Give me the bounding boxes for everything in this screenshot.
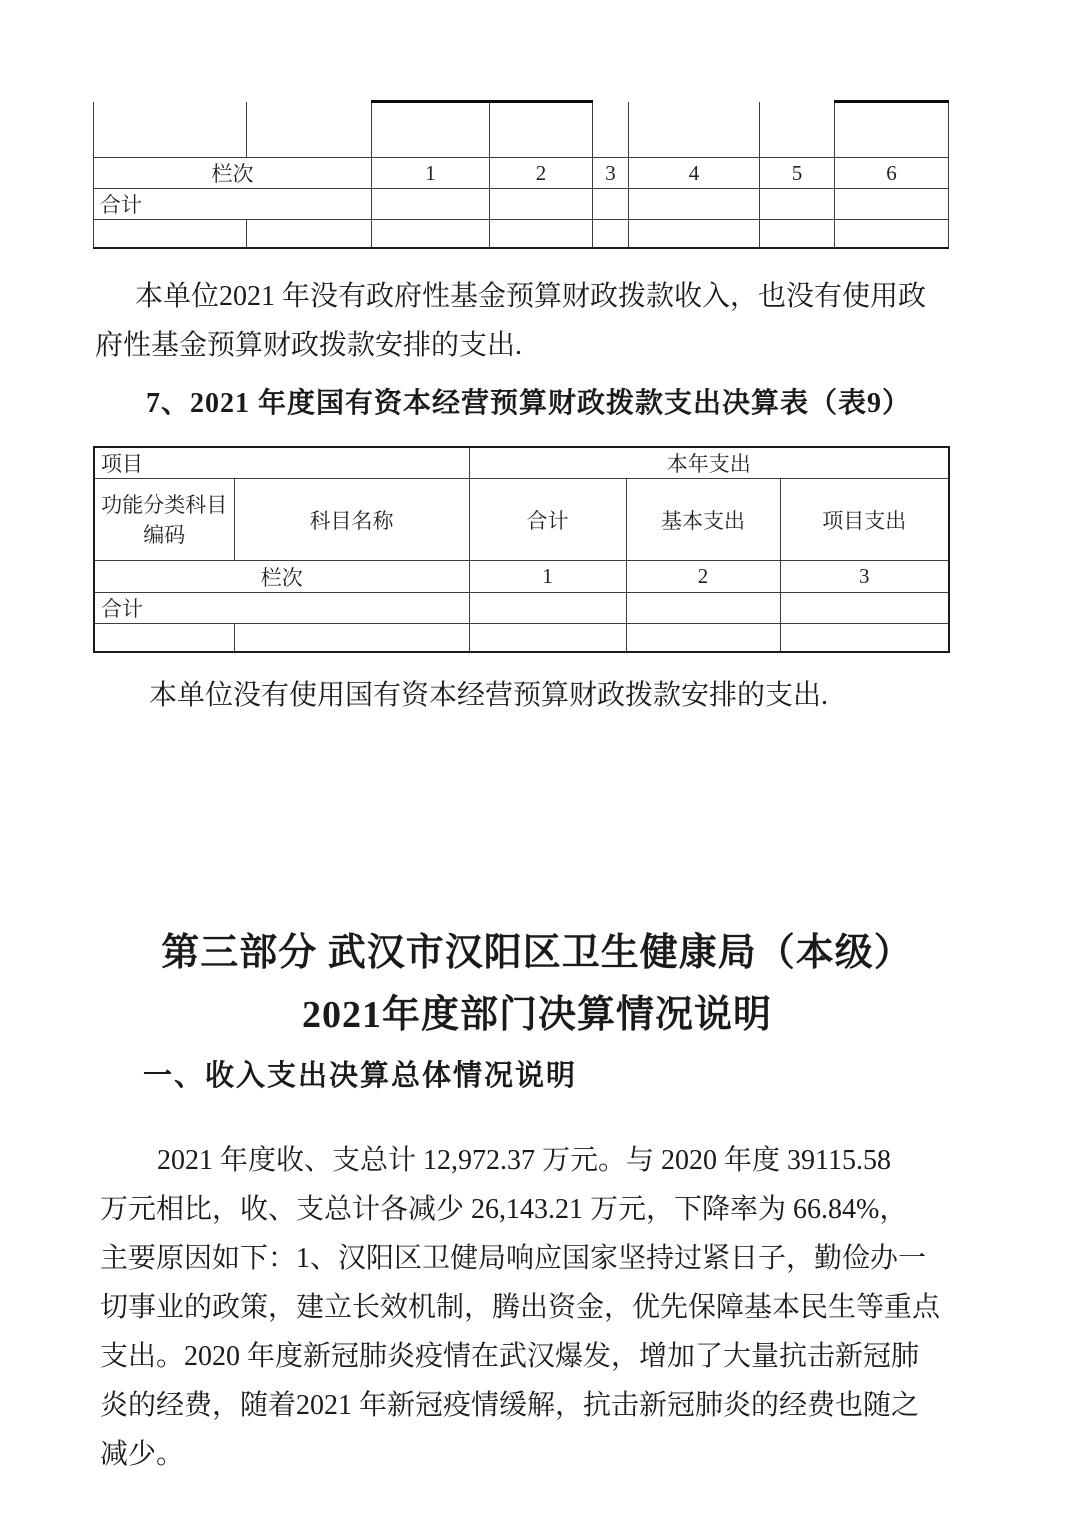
empty-cell: [593, 102, 629, 158]
table-row-subheader: 功能分类科目编码 科目名称 合计 基本支出 项目支出: [94, 479, 949, 561]
empty-cell: [835, 220, 949, 248]
paragraph-line: 减少。: [100, 1430, 940, 1479]
lanci-label: 栏次: [94, 158, 372, 189]
empty-cell: [626, 624, 780, 652]
empty-cell: [94, 220, 247, 248]
table-row-lanci: 栏次 1 2 3: [94, 561, 949, 593]
year-expense-header: 本年支出: [469, 447, 949, 479]
table-row-total: 合计: [94, 189, 949, 220]
continued-table: 栏次 1 2 3 4 5 6 合计: [93, 100, 949, 249]
table-row-empty: [94, 220, 949, 248]
empty-cell: [593, 189, 629, 220]
column-number: 1: [469, 561, 626, 593]
column-number: 3: [780, 561, 949, 593]
table-row-partial: [94, 102, 949, 158]
empty-cell: [629, 189, 760, 220]
document-page: 栏次 1 2 3 4 5 6 合计 本单位: [0, 0, 1074, 1518]
empty-cell: [94, 102, 247, 158]
paragraph-line: 2021 年度收、支总计 12,972.37 万元。与 2020 年度 3911…: [100, 1136, 940, 1185]
empty-cell: [780, 593, 949, 624]
empty-cell: [835, 102, 949, 158]
column-number: 2: [490, 158, 593, 189]
table-row-header: 项目 本年支出: [94, 447, 949, 479]
heji-label: 合计: [94, 189, 372, 220]
empty-cell: [760, 189, 835, 220]
overview-paragraph: 2021 年度收、支总计 12,972.37 万元。与 2020 年度 3911…: [100, 1136, 940, 1479]
paragraph-line: 支出。2020 年度新冠肺炎疫情在武汉爆发，增加了大量抗击新冠肺: [100, 1332, 940, 1381]
column-number: 1: [372, 158, 490, 189]
empty-cell: [247, 102, 372, 158]
lanci-label: 栏次: [94, 561, 469, 593]
table-row-total: 合计: [94, 593, 949, 624]
table-row-empty: [94, 624, 949, 652]
empty-cell: [490, 220, 593, 248]
empty-cell: [372, 220, 490, 248]
table9-heading: 7、2021 年度国有资本经营预算财政拨款支出决算表（表9）: [146, 384, 911, 424]
section-title: 第三部分 武汉市汉阳区卫生健康局（本级） 2021年度部门决算情况说明: [0, 922, 1074, 1046]
column-number: 5: [760, 158, 835, 189]
section-title-line2: 2021年度部门决算情况说明: [0, 984, 1074, 1046]
empty-cell: [780, 624, 949, 652]
empty-cell: [469, 593, 626, 624]
subsection-heading: 一、收入支出决算总体情况说明: [143, 1057, 577, 1095]
empty-cell: [234, 624, 469, 652]
paragraph-line: 万元相比，收、支总计各减少 26,143.21 万元，下降率为 66.84%，: [100, 1185, 940, 1234]
subject-name-header: 科目名称: [234, 479, 469, 561]
paragraph-line: 府性基金预算财政拨款安排的支出.: [95, 321, 926, 370]
paragraph-line: 切事业的政策，建立长效机制，腾出资金，优先保障基本民生等重点: [100, 1283, 940, 1332]
empty-cell: [626, 593, 780, 624]
item-header: 项目: [94, 447, 469, 479]
paragraph-line: 本单位2021 年没有政府性基金预算财政拨款收入，也没有使用政: [95, 272, 926, 321]
column-number: 2: [626, 561, 780, 593]
heji-label: 合计: [94, 593, 469, 624]
empty-cell: [490, 102, 593, 158]
empty-cell: [629, 220, 760, 248]
empty-cell: [760, 102, 835, 158]
func-code-header: 功能分类科目编码: [94, 479, 234, 561]
total-header: 合计: [469, 479, 626, 561]
basic-expense-header: 基本支出: [626, 479, 780, 561]
empty-cell: [629, 102, 760, 158]
empty-cell: [247, 220, 372, 248]
paragraph-line: 主要原因如下：1、汉阳区卫健局响应国家坚持过紧日子，勤俭办一: [100, 1234, 940, 1283]
empty-cell: [490, 189, 593, 220]
project-expense-header: 项目支出: [780, 479, 949, 561]
table-row-lanci: 栏次 1 2 3 4 5 6: [94, 158, 949, 189]
empty-cell: [469, 624, 626, 652]
empty-cell: [372, 189, 490, 220]
empty-cell: [372, 102, 490, 158]
soc-paragraph: 本单位没有使用国有资本经营预算财政拨款安排的支出.: [95, 676, 828, 716]
empty-cell: [593, 220, 629, 248]
gov-fund-paragraph: 本单位2021 年没有政府性基金预算财政拨款收入，也没有使用政 府性基金预算财政…: [95, 272, 926, 370]
column-number: 6: [835, 158, 949, 189]
column-number: 4: [629, 158, 760, 189]
empty-cell: [760, 220, 835, 248]
empty-cell: [94, 624, 234, 652]
section-title-line1: 第三部分 武汉市汉阳区卫生健康局（本级）: [0, 922, 1074, 984]
column-number: 3: [593, 158, 629, 189]
table9: 项目 本年支出 功能分类科目编码 科目名称 合计 基本支出 项目支出 栏次 1 …: [93, 446, 950, 653]
empty-cell: [835, 189, 949, 220]
paragraph-line: 炎的经费，随着2021 年新冠疫情缓解，抗击新冠肺炎的经费也随之: [100, 1381, 940, 1430]
